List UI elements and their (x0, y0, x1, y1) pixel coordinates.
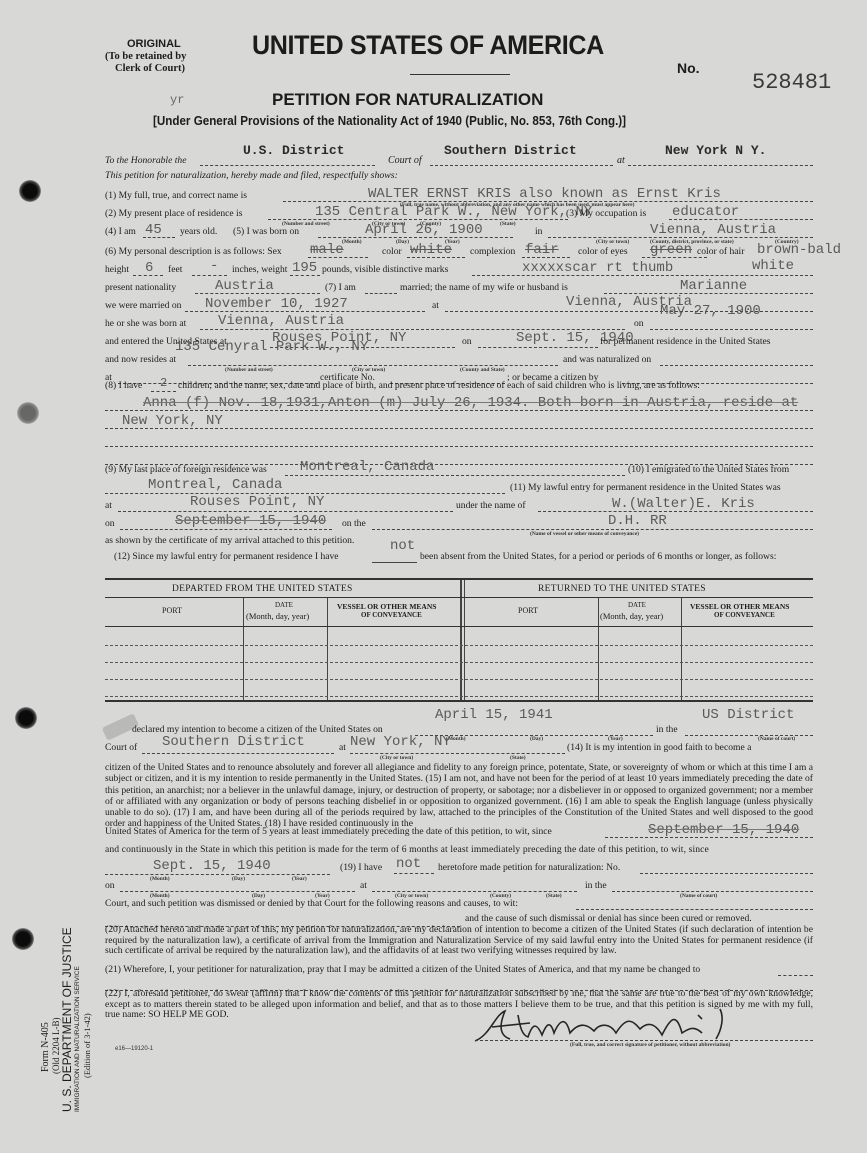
spouse-birth-place-field[interactable]: Vienna, Austria (218, 313, 344, 329)
eyes-label: color of eyes (578, 246, 628, 257)
table-row[interactable] (105, 645, 813, 646)
punch-hole-top (19, 180, 41, 202)
court-name-caption: (Name of court) (758, 736, 795, 742)
foreign-residence-field[interactable]: Montreal, Canada (300, 459, 434, 475)
table-row[interactable] (105, 662, 813, 663)
court-district-field[interactable]: Southern District (444, 143, 577, 158)
occupation-field[interactable]: educator (672, 204, 739, 220)
punch-hole-middle-upper (17, 402, 39, 424)
side-margin-form-info: Form N-405 (Old 2204 L-B) U. S. DEPARTME… (40, 872, 92, 1112)
col-date-returned-sub: (Month, day, year) (600, 611, 663, 621)
col-port-departed: PORT (162, 606, 182, 615)
caption-day: (Day) (396, 239, 409, 245)
caption-state-day: (Day) (232, 876, 245, 882)
absent-field[interactable]: not (390, 538, 415, 554)
full-name-field[interactable]: WALTER ERNST KRIS also known as Ernst Kr… (368, 186, 721, 202)
in-the-label: in the (656, 724, 678, 735)
table-row[interactable] (105, 696, 813, 697)
edition-date: (Edition of 3-1-42) (82, 872, 92, 1112)
at-label-2: at (339, 742, 346, 753)
city-caption: (City or town) (380, 755, 413, 761)
original-label: ORIGINAL (127, 38, 181, 50)
residence-field[interactable]: 135 Central Park W., New York, NY (315, 204, 592, 220)
children-count-field[interactable]: 2 (160, 376, 167, 390)
table-row[interactable] (105, 679, 813, 680)
state-caption: (State) (510, 755, 526, 761)
complexion-label: complexion (470, 246, 515, 257)
q20-paragraph: (20) Attached hereto and made a part of … (105, 925, 813, 957)
entry-name-field[interactable]: W.(Walter)E. Kris (612, 496, 755, 512)
punch-hole-middle-lower (15, 707, 37, 729)
prior-petition-field[interactable]: not (396, 856, 421, 872)
married-label: married; the name of my wife or husband … (400, 282, 568, 293)
form-title: PETITION FOR NATURALIZATION (272, 90, 543, 110)
hair-field[interactable]: brown-bald (757, 242, 841, 258)
petitioner-signature[interactable] (470, 1005, 750, 1045)
children-line-2[interactable]: New York, NY (122, 413, 223, 429)
q7-label: (7) I am (325, 282, 356, 293)
us-residence-since-field[interactable]: September 15, 1940 (648, 822, 799, 838)
hair-label: color of hair (697, 246, 744, 257)
age-field[interactable]: 45 (145, 222, 162, 238)
weight-field[interactable]: 195 (292, 260, 317, 276)
caption-state-year: (Year) (292, 876, 307, 882)
q11-label: (11) My lawful entry for permanent resid… (510, 482, 781, 493)
q9-label: (9) My last place of foreign residence w… (105, 464, 267, 475)
height-feet-field[interactable]: 6 (145, 260, 153, 276)
intention-date-field[interactable]: April 15, 1941 (435, 707, 553, 723)
feet-label: feet (168, 264, 182, 275)
prior-on-label: on (105, 880, 115, 891)
petition-number: 528481 (752, 70, 831, 95)
col-date-returned: DATE (628, 601, 646, 609)
spouse-on-label: on (634, 318, 644, 329)
marriage-date-field[interactable]: November 10, 1927 (205, 296, 348, 312)
service-name: IMMIGRATION AND NATURALIZATION SERVICE (74, 872, 82, 1112)
title-underline (410, 74, 510, 75)
eyes-field[interactable]: green (650, 242, 692, 258)
distinctive-marks-field[interactable]: xxxxxscar rt thumb (522, 260, 673, 276)
col-port-returned: PORT (518, 606, 538, 615)
nationality-field[interactable]: Austria (215, 278, 274, 294)
col-vessel-departed: VESSEL OR OTHER MEANS (337, 602, 436, 611)
q5-label: (5) I was born on (233, 226, 299, 237)
intention-place-field[interactable]: New York, NY (350, 734, 451, 750)
caption-state: (State) (500, 221, 516, 227)
allegiance-paragraph: citizen of the United States and to reno… (105, 762, 813, 830)
spouse-residence-field[interactable]: 135 Cenyral Park W., NY (175, 339, 368, 355)
entry-date-field[interactable]: September 15, 1940 (175, 513, 326, 529)
signature-icon (470, 1005, 750, 1045)
caption-resides-county: (County and State) (460, 367, 505, 373)
caption-month: (Month) (342, 239, 362, 245)
court-of-label-2: Court of (105, 742, 137, 753)
punch-hole-bottom (12, 928, 34, 950)
q3-label: (3) My occupation is (566, 208, 646, 219)
no-label: No. (677, 60, 700, 76)
now-resides-label: and now resides at (105, 354, 176, 365)
inches-weight-label: inches, weight (232, 264, 287, 275)
pounds-marks-label: pounds, visible distinctive marks (322, 264, 448, 275)
to-the-honorable: To the Honorable the (105, 155, 186, 166)
complexion-field[interactable]: fair (525, 242, 559, 258)
form-subtitle: [Under General Provisions of the Nationa… (153, 114, 626, 128)
emigrated-from-field[interactable]: Montreal, Canada (148, 477, 282, 493)
race-field[interactable]: white (752, 258, 794, 274)
spouse-name-field[interactable]: Marianne (680, 278, 747, 294)
vessel-caption: (Name of vessel or other means of convey… (530, 531, 639, 537)
caption-resides-street: (Number and street) (225, 367, 273, 373)
col-vessel-returned-sub: OF CONVEYANCE (714, 611, 775, 619)
height-label: height (105, 264, 129, 275)
col-date-departed-sub: (Month, day, year) (246, 611, 309, 621)
naturalized-on-label: and was naturalized on (563, 354, 651, 365)
court-at-label: at (617, 155, 625, 166)
q2-label: (2) My present place of residence is (105, 208, 242, 219)
spouse-entry-on-label: on (462, 336, 472, 347)
q10-label: (10) I emigrated to the United States fr… (628, 464, 789, 475)
q1-label: (1) My full, true, and correct name is (105, 190, 247, 201)
print-code: e16—19120-1 (115, 1046, 153, 1052)
department-name: U. S. DEPARTMENT OF JUSTICE (61, 872, 74, 1112)
spouse-birth-date-field[interactable]: May 27, 1900 (660, 303, 761, 319)
birth-place-field[interactable]: Vienna, Austria (650, 222, 776, 238)
sex-field[interactable]: male (310, 242, 344, 258)
col-vessel-departed-sub: OF CONVEYANCE (361, 611, 422, 619)
children-line-1[interactable]: Anna (f) Nov. 18,1931,Anton (m) July 26,… (143, 395, 798, 411)
q18-state-label: and continuously in the State in which t… (105, 844, 709, 855)
q12-description: been absent from the United States, for … (420, 551, 776, 562)
court-type-field[interactable]: U.S. District (243, 143, 344, 158)
col-date-departed: DATE (275, 601, 293, 609)
on-the-label: on the (342, 518, 366, 529)
q19-label: (19) I have (340, 862, 382, 873)
in-label: in (535, 226, 542, 237)
prior-at-label: at (360, 880, 367, 891)
form-number: Form N-405 (40, 872, 51, 1112)
cured-label: and the cause of such dismissal or denia… (465, 913, 752, 924)
caption-prior-court: (Name of court) (680, 893, 717, 899)
entry-at-label: at (105, 500, 112, 511)
country-title: UNITED STATES OF AMERICA (252, 30, 604, 61)
q4-label: (4) I am (105, 226, 136, 237)
caption-intention-day: (Day) (530, 736, 543, 742)
returned-header: RETURNED TO THE UNITED STATES (538, 584, 706, 594)
spouse-born-label: he or she was born at (105, 318, 186, 329)
caption-state-month: (Month) (150, 876, 170, 882)
married-on-label: we were married on (105, 300, 181, 311)
under-name-label: under the name of (456, 500, 526, 511)
q14-label: (14) It is my intention in good faith to… (567, 742, 751, 753)
retained-note: (To be retained by (105, 51, 186, 62)
prior-in-the-label: in the (585, 880, 607, 891)
height-inches-field[interactable]: - (210, 258, 218, 274)
q8-label: (8) I have (105, 380, 142, 391)
intention-court-field[interactable]: US District (702, 707, 794, 723)
signature-caption: (Full, true, and correct signature of pe… (570, 1042, 730, 1048)
court-location-field[interactable]: New York N Y. (665, 143, 766, 158)
years-old-label: years old. (180, 226, 217, 237)
yr-mark: yr (170, 93, 184, 107)
retained-note-2: Clerk of Court) (115, 63, 185, 74)
intention-district-field[interactable]: Southern District (162, 734, 305, 750)
q21-label: (21) Wherefore, I, your petitioner for n… (105, 964, 700, 975)
caption-prior-state: (State) (546, 893, 562, 899)
color-label: color (382, 246, 402, 257)
court-of-label: Court of (388, 155, 422, 166)
certificate-note: as shown by the certificate of my arriva… (105, 535, 354, 546)
permanent-residence-label: for permanent residence in the United St… (600, 336, 771, 347)
birth-date-field[interactable]: April 26, 1900 (365, 222, 483, 238)
caption-city-birth: (City or town) (596, 239, 629, 245)
q6-label: (6) My personal description is as follow… (105, 246, 282, 257)
q12-label: (12) Since my lawful entry for permanent… (114, 551, 339, 562)
entry-on-label: on (105, 518, 115, 529)
entry-place-field[interactable]: Rouses Point, NY (190, 494, 324, 510)
col-vessel-returned: VESSEL OR OTHER MEANS (690, 602, 789, 611)
petition-intro: This petition for naturalization, hereby… (105, 170, 398, 181)
dismissed-label: Court, and such petition was dismissed o… (105, 898, 518, 909)
q19-description: heretofore made petition for naturalizat… (438, 862, 620, 873)
nationality-label: present nationality (105, 282, 176, 293)
q8-description: children; and the name, sex, date and pl… (178, 380, 700, 391)
departed-header: DEPARTED FROM THE UNITED STATES (172, 584, 353, 594)
color-field[interactable]: white (410, 242, 452, 258)
married-at-label: at (432, 300, 439, 311)
state-residence-since-field[interactable]: Sept. 15, 1940 (153, 858, 271, 874)
vessel-field[interactable]: D.H. RR (608, 513, 667, 529)
q18-label: United States of America for the term of… (105, 826, 552, 837)
